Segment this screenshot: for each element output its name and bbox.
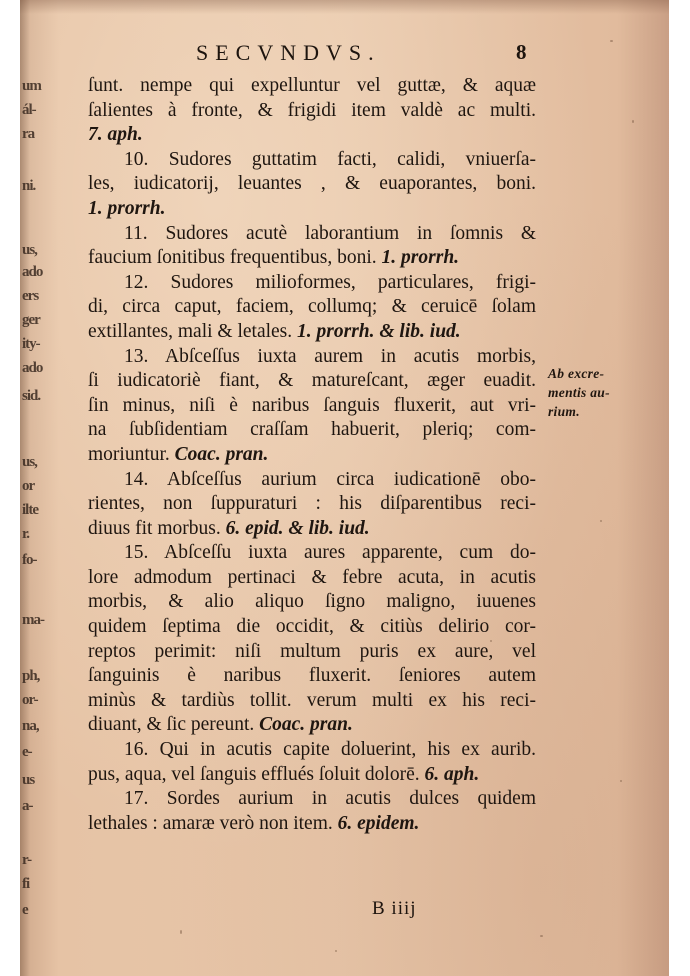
text-line: 11. Sudores acutè laborantium in ſomnis … bbox=[88, 222, 536, 247]
text-line: reptos perimit: niſi multum puris ex aur… bbox=[88, 640, 536, 665]
text-line: moriuntur. Coac. pran. bbox=[88, 443, 536, 468]
line-text: faucium ſonitibus frequentibus, boni. bbox=[88, 247, 382, 268]
text-line: les, iudicatorij, leuantes , & euaporant… bbox=[88, 172, 536, 197]
line-text: pus, aqua, vel ſanguis efflués ſoluit do… bbox=[88, 764, 425, 785]
citation: 1. prorrh. & lib. iud. bbox=[297, 321, 461, 342]
signature-mark: B iiij bbox=[372, 898, 417, 920]
bleed-fragment: r- bbox=[22, 852, 31, 869]
body-text: ſunt. nempe qui expelluntur vel guttæ, &… bbox=[88, 74, 536, 836]
bleed-fragment: ger bbox=[22, 312, 40, 329]
line-text: 16. Qui in acutis capite doluerint, his … bbox=[124, 739, 536, 760]
bleed-fragment: ni. bbox=[22, 178, 35, 195]
bleed-fragment: ilte bbox=[22, 502, 38, 519]
bleed-fragment: um bbox=[22, 78, 41, 95]
line-text: ſalientes à fronte, & frigidi item valdè… bbox=[88, 100, 536, 121]
text-line: 15. Abſceſſu iuxta aures apparente, cum … bbox=[88, 541, 536, 566]
line-text: diuant, & ſic pereunt. bbox=[88, 714, 259, 735]
line-text: 14. Abſceſſus aurium circa iudicationē o… bbox=[124, 469, 536, 490]
bleed-fragment: ra bbox=[22, 126, 34, 143]
citation: 6. aph. bbox=[425, 764, 480, 785]
text-line: diuus fit morbus. 6. epid. & lib. iud. bbox=[88, 517, 536, 542]
citation: 1. prorrh. bbox=[88, 198, 166, 219]
bleed-fragment: us, bbox=[22, 242, 37, 259]
bleed-fragment: ph, bbox=[22, 668, 39, 685]
marginal-note-line: Ab excre- bbox=[548, 364, 638, 383]
text-line: extillantes, mali & letales. 1. prorrh. … bbox=[88, 320, 536, 345]
marginal-note: Ab excre-mentis au-rium. bbox=[548, 364, 638, 421]
line-text: 11. Sudores acutè laborantium in ſomnis … bbox=[124, 223, 536, 244]
running-title: SECVNDVS. bbox=[196, 40, 381, 66]
line-text: reptos perimit: niſi multum puris ex aur… bbox=[88, 641, 536, 662]
bleed-fragment: na, bbox=[22, 718, 39, 735]
line-text: lore admodum pertinaci & febre acuta, in… bbox=[88, 567, 536, 588]
text-line: 13. Abſceſſus iuxta aurem in acutis morb… bbox=[88, 345, 536, 370]
text-line: di, circa caput, faciem, collumq; & ceru… bbox=[88, 295, 536, 320]
line-text: ſunt. nempe qui expelluntur vel guttæ, &… bbox=[88, 75, 536, 96]
text-line: ſanguinis è naribus fluxerit. ſeniores a… bbox=[88, 664, 536, 689]
text-line: morbis, & alio aliquo ſigno maligno, iuu… bbox=[88, 590, 536, 615]
text-line: 17. Sordes aurium in acutis dulces quide… bbox=[88, 787, 536, 812]
line-text: lethales : amaræ verò non item. bbox=[88, 813, 338, 834]
running-head: SECVNDVS. 8 bbox=[20, 40, 669, 70]
text-line: pus, aqua, vel ſanguis efflués ſoluit do… bbox=[88, 763, 536, 788]
text-line: ſin minus, niſi è naribus ſanguis fluxer… bbox=[88, 394, 536, 419]
text-line: 10. Sudores guttatim facti, calidi, vniu… bbox=[88, 148, 536, 173]
marginal-note-line: rium. bbox=[548, 402, 638, 421]
bleed-fragment: ma- bbox=[22, 612, 44, 629]
bleed-fragment: fo- bbox=[22, 552, 37, 569]
line-text: di, circa caput, faciem, collumq; & ceru… bbox=[88, 296, 536, 317]
line-text: morbis, & alio aliquo ſigno maligno, iuu… bbox=[88, 591, 536, 612]
line-text: minùs & tardiùs tollit. verum multi ex h… bbox=[88, 690, 536, 711]
text-line: 1. prorrh. bbox=[88, 197, 536, 222]
line-text: rientes, non ſuppuraturi : his diſparent… bbox=[88, 493, 536, 514]
text-line: ſunt. nempe qui expelluntur vel guttæ, &… bbox=[88, 74, 536, 99]
citation: 7. aph. bbox=[88, 124, 143, 145]
citation: 6. epidem. bbox=[338, 813, 420, 834]
bleed-fragment: us bbox=[22, 772, 34, 789]
text-line: minùs & tardiùs tollit. verum multi ex h… bbox=[88, 689, 536, 714]
line-text: 13. Abſceſſus iuxta aurem in acutis morb… bbox=[124, 346, 536, 367]
line-text: 10. Sudores guttatim facti, calidi, vniu… bbox=[124, 149, 536, 170]
line-text: na ſubſidentiam craſſam habuerit, pleriq… bbox=[88, 419, 536, 440]
line-text: ſanguinis è naribus fluxerit. ſeniores a… bbox=[88, 665, 536, 686]
text-line: na ſubſidentiam craſſam habuerit, pleriq… bbox=[88, 418, 536, 443]
bleed-fragment: sid. bbox=[22, 388, 40, 405]
text-line: 7. aph. bbox=[88, 123, 536, 148]
text-line: quidem ſeptima die occidit, & citiùs del… bbox=[88, 615, 536, 640]
citation: 1. prorrh. bbox=[382, 247, 460, 268]
marginal-note-line: mentis au- bbox=[548, 383, 638, 402]
line-text: moriuntur. bbox=[88, 444, 175, 465]
line-text: quidem ſeptima die occidit, & citiùs del… bbox=[88, 616, 536, 637]
page-top-shadow bbox=[20, 0, 669, 14]
bleed-fragment: e bbox=[22, 902, 28, 919]
text-line: rientes, non ſuppuraturi : his diſparent… bbox=[88, 492, 536, 517]
facing-page-bleed-text: umál-rani.us,adoersgerity-adosid.us,oril… bbox=[20, 0, 42, 976]
text-line: lethales : amaræ verò non item. 6. epide… bbox=[88, 812, 536, 837]
citation: Coac. pran. bbox=[175, 444, 269, 465]
bleed-fragment: fi bbox=[22, 876, 29, 893]
line-text: diuus fit morbus. bbox=[88, 518, 226, 539]
citation: Coac. pran. bbox=[259, 714, 353, 735]
bleed-fragment: a- bbox=[22, 798, 33, 815]
bleed-fragment: ers bbox=[22, 288, 38, 305]
line-text: les, iudicatorij, leuantes , & euaporant… bbox=[88, 173, 536, 194]
text-line: faucium ſonitibus frequentibus, boni. 1.… bbox=[88, 246, 536, 271]
line-text: 15. Abſceſſu iuxta aures apparente, cum … bbox=[124, 542, 536, 563]
bleed-fragment: us, bbox=[22, 454, 37, 471]
text-line: diuant, & ſic pereunt. Coac. pran. bbox=[88, 713, 536, 738]
line-text: ſin minus, niſi è naribus ſanguis fluxer… bbox=[88, 395, 536, 416]
text-line: ſi iudicatoriè fiant, & matureſcant, æge… bbox=[88, 369, 536, 394]
citation: 6. epid. & lib. iud. bbox=[226, 518, 370, 539]
line-text: 12. Sudores milioformes, particulares, f… bbox=[124, 272, 536, 293]
text-line: 14. Abſceſſus aurium circa iudicationē o… bbox=[88, 468, 536, 493]
line-text: extillantes, mali & letales. bbox=[88, 321, 297, 342]
bleed-fragment: or- bbox=[22, 692, 38, 709]
book-page: umál-rani.us,adoersgerity-adosid.us,oril… bbox=[20, 0, 669, 976]
bleed-fragment: ál- bbox=[22, 102, 36, 119]
bleed-fragment: e- bbox=[22, 744, 32, 761]
line-text: ſi iudicatoriè fiant, & matureſcant, æge… bbox=[88, 370, 536, 391]
text-line: 12. Sudores milioformes, particulares, f… bbox=[88, 271, 536, 296]
text-line: lore admodum pertinaci & febre acuta, in… bbox=[88, 566, 536, 591]
bleed-fragment: r. bbox=[22, 526, 29, 543]
text-line: ſalientes à fronte, & frigidi item valdè… bbox=[88, 99, 536, 124]
bleed-fragment: ado bbox=[22, 360, 42, 377]
line-text: 17. Sordes aurium in acutis dulces quide… bbox=[124, 788, 536, 809]
page-number: 8 bbox=[516, 40, 527, 65]
bleed-fragment: ado bbox=[22, 264, 42, 281]
bleed-fragment: ity- bbox=[22, 336, 40, 353]
bleed-fragment: or bbox=[22, 478, 34, 495]
text-line: 16. Qui in acutis capite doluerint, his … bbox=[88, 738, 536, 763]
